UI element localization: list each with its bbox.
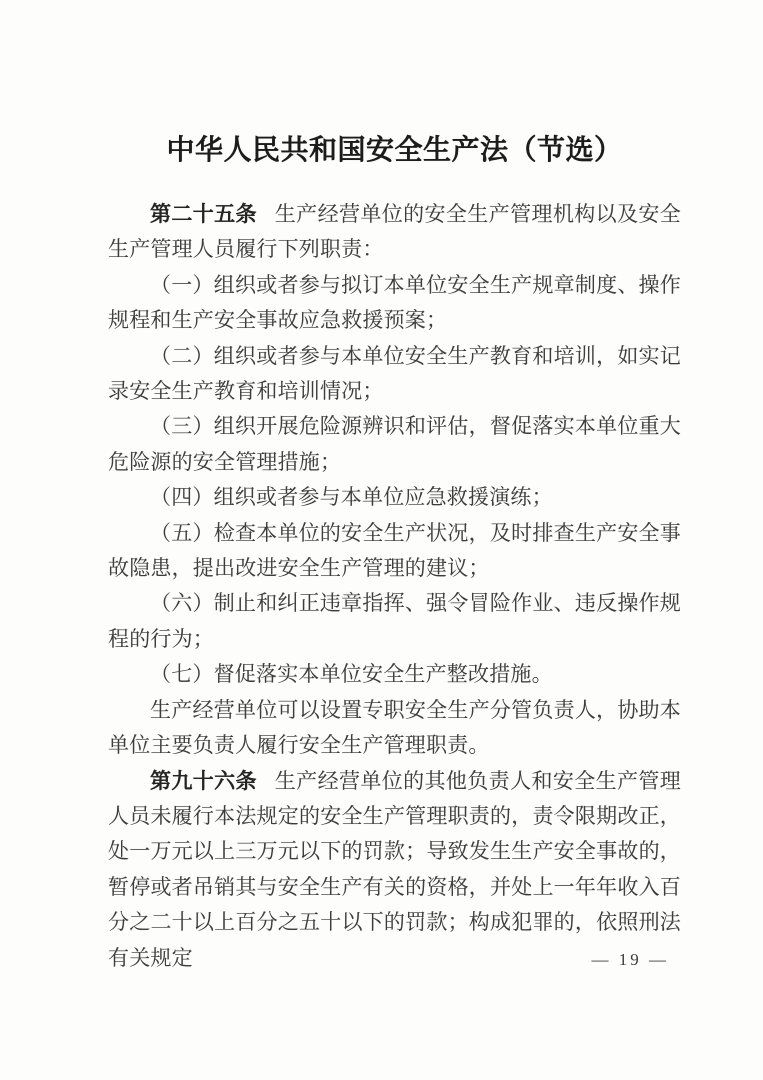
paragraph-article-96: 第九十六条生产经营单位的其他负责人和安全生产管理人员未履行本法规定的安全生产管理… xyxy=(108,764,681,976)
paragraph-article-25: 第二十五条生产经营单位的安全生产管理机构以及安全生产管理人员履行下列职责： xyxy=(108,197,681,268)
paragraph-item-7: （七）督促落实本单位安全生产整改措施。 xyxy=(108,657,681,692)
paragraph-item-6: （六）制止和纠正违章指挥、强令冒险作业、违反操作规程的行为； xyxy=(108,586,681,657)
document-title: 中华人民共和国安全生产法（节选） xyxy=(108,134,681,168)
article-96-text: 生产经营单位的其他负责人和安全生产管理人员未履行本法规定的安全生产管理职责的，责… xyxy=(108,769,681,970)
document-body: 第二十五条生产经营单位的安全生产管理机构以及安全生产管理人员履行下列职责： （一… xyxy=(108,197,681,976)
paragraph-item-4: （四）组织或者参与本单位应急救援演练； xyxy=(108,480,681,515)
paragraph-item-2: （二）组织或者参与本单位安全生产教育和培训，如实记录安全生产教育和培训情况； xyxy=(108,339,681,410)
article-25-number: 第二十五条 xyxy=(150,202,257,226)
paragraph-item-5: （五）检查本单位的安全生产状况，及时排查生产安全事故隐患，提出改进安全生产管理的… xyxy=(108,516,681,587)
article-96-number: 第九十六条 xyxy=(150,769,257,793)
page-number: — 19 — xyxy=(592,950,670,970)
document-page: 中华人民共和国安全生产法（节选） 第二十五条生产经营单位的安全生产管理机构以及安… xyxy=(0,0,763,1080)
paragraph-item-3: （三）组织开展危险源辨识和评估，督促落实本单位重大危险源的安全管理措施； xyxy=(108,409,681,480)
paragraph-item-1: （一）组织或者参与拟订本单位安全生产规章制度、操作规程和生产安全事故应急救援预案… xyxy=(108,268,681,339)
paragraph-deputy-head: 生产经营单位可以设置专职安全生产分管负责人，协助本单位主要负责人履行安全生产管理… xyxy=(108,693,681,764)
